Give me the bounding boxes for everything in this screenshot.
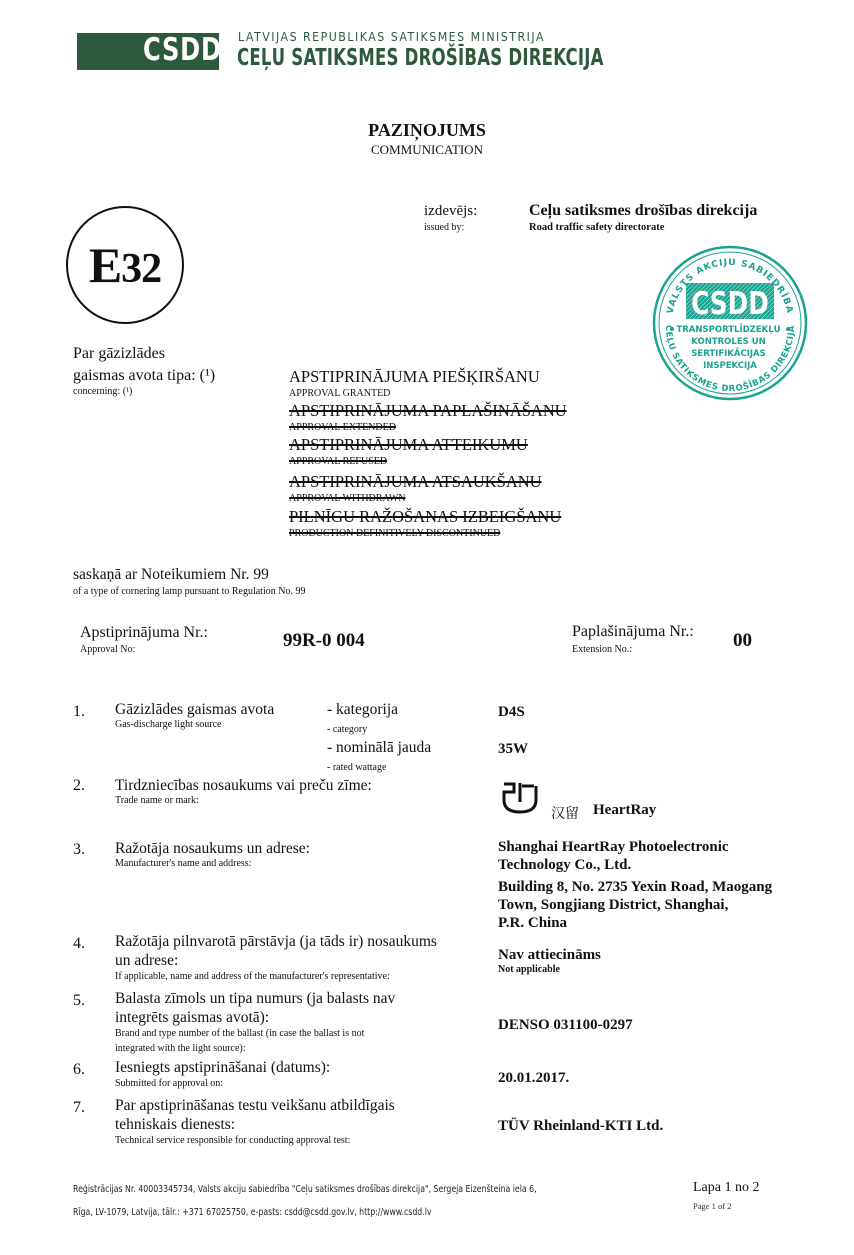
representative-value: Nav attiecināms: [498, 946, 601, 964]
item-6-number: 6.: [73, 1061, 85, 1079]
approval-number-label-en: Approval No:: [80, 644, 135, 655]
footer-contacts: Rīga, LV-1079, Latvija, tālr.: +371 6702…: [73, 1207, 431, 1218]
extension-number-label-en: Extension No.:: [572, 644, 632, 655]
ministry-name: LATVIJAS REPUBLIKAS SATIKSMES MINISTRIJA: [238, 30, 545, 44]
item-4-label-1: Ražotāja pilnvarotā pārstāvja (ja tāds i…: [115, 933, 437, 951]
option-approval-extended: APSTIPRINĀJUMA PAPLAŠINĀŠANU: [289, 401, 567, 421]
item-2-label-en: Trade name or mark:: [115, 795, 199, 806]
submission-date-value: 20.01.2017.: [498, 1069, 569, 1087]
heartray-logo-icon: [500, 780, 540, 816]
option-approval-granted-en: APPROVAL GRANTED: [289, 388, 390, 399]
item-4-label-en: If applicable, name and address of the m…: [115, 971, 390, 982]
option-production-discontinued-en: PRODUCTION DEFINITIVELY DISCONTINUED: [289, 528, 500, 539]
item-7-number: 7.: [73, 1099, 85, 1117]
extension-number-value: 00: [733, 630, 752, 652]
directorate-name: CEĻU SATIKSMES DROŠĪBAS DIREKCIJA: [237, 45, 604, 71]
manufacturer-line-4: Town, Songjiang District, Shanghai,: [498, 896, 728, 914]
item-4-label-2: un adrese:: [115, 952, 178, 970]
item-1-wattage-value: 35W: [498, 740, 528, 758]
technical-service-value: TÜV Rheinland-KTI Ltd.: [498, 1117, 663, 1135]
stamp-logo: CSDD: [691, 285, 769, 321]
item-7-label-2: tehniskais dienests:: [115, 1116, 235, 1134]
document-title: PAZIŅOJUMS: [0, 120, 854, 141]
option-production-discontinued: PILNĪGU RAŽOŠANAS IZBEIGŠANU: [289, 507, 561, 527]
option-approval-granted: APSTIPRINĀJUMA PIEŠĶIRŠANU: [289, 367, 540, 387]
trade-name-value: HeartRay: [593, 802, 656, 819]
item-3-label: Ražotāja nosaukums un adrese:: [115, 840, 310, 858]
option-approval-refused: APSTIPRINĀJUMA ATTEIKUMU: [289, 435, 528, 455]
issuer-value-en: Road traffic safety directorate: [529, 222, 664, 233]
issuer-value: Ceļu satiksmes drošības direkcija: [529, 202, 757, 220]
approval-number-value: 99R-0 004: [283, 630, 365, 652]
extension-number-label: Paplašinājuma Nr.:: [572, 623, 694, 641]
concerning-label-en: concerning: (¹): [73, 386, 132, 397]
stamp-line-1: TRANSPORTLĪDZEKĻU: [676, 324, 780, 335]
manufacturer-line-3: Building 8, No. 2735 Yexin Road, Maogang: [498, 878, 772, 896]
document-subtitle: COMMUNICATION: [0, 142, 854, 158]
official-stamp-icon: VALSTS AKCIJU SABIEDRĪBA CEĻU SATIKSMES …: [650, 243, 810, 403]
e-mark: E32: [66, 206, 184, 324]
option-approval-withdrawn-en: APPROVAL WITHDRAWN: [289, 493, 406, 504]
stamp-line-2: KONTROLES UN: [691, 337, 765, 347]
item-5-label-en-2: integrated with the light source):: [115, 1043, 246, 1054]
item-1-category-value: D4S: [498, 703, 525, 721]
item-1-sub-wattage-label-en: - rated wattage: [327, 762, 386, 773]
item-5-number: 5.: [73, 992, 85, 1010]
item-6-label: Iesniegts apstiprināšanai (datums):: [115, 1059, 330, 1077]
manufacturer-line-1: Shanghai HeartRay Photoelectronic: [498, 838, 729, 856]
item-4-number: 4.: [73, 935, 85, 953]
stamp-line-3: SERTIFIKĀCIJAS: [691, 348, 765, 359]
page-number-en: Page 1 of 2: [693, 1201, 731, 1211]
regulation-text-en: of a type of cornering lamp pursuant to …: [73, 586, 305, 597]
page-number: Lapa 1 no 2: [693, 1180, 759, 1196]
regulation-text: saskaņā ar Noteikumiem Nr. 99: [73, 566, 269, 584]
item-1-number: 1.: [73, 703, 85, 721]
item-5-label-2: integrēts gaismas avotā):: [115, 1009, 269, 1027]
concerning-label-2: gaismas avota tipa: (¹): [73, 367, 215, 385]
e-mark-letter: E: [89, 236, 121, 294]
item-2-number: 2.: [73, 777, 85, 795]
item-5-label-en-1: Brand and type number of the ballast (in…: [115, 1028, 364, 1039]
option-approval-extended-en: APPROVAL EXTENDED: [289, 422, 396, 433]
footer-registration: Reģistrācijas Nr. 40003345734, Valsts ak…: [73, 1184, 537, 1195]
item-1-sub-category-label: - kategorija: [327, 701, 398, 719]
stamp-line-4: INSPEKCIJA: [703, 361, 757, 371]
issuer-label: izdevējs:: [424, 203, 477, 220]
ballast-value: DENSO 031100-0297: [498, 1016, 633, 1034]
option-approval-withdrawn: APSTIPRINĀJUMA ATSAUKŠANU: [289, 472, 542, 492]
approval-number-label: Apstiprinājuma Nr.:: [80, 624, 208, 642]
item-7-label-en: Technical service responsible for conduc…: [115, 1135, 350, 1146]
option-approval-refused-en: APPROVAL REFUSED: [289, 456, 387, 467]
item-1-sub-wattage-label: - nominālā jauda: [327, 739, 431, 757]
item-5-label-1: Balasta zīmols un tipa numurs (ja balast…: [115, 990, 395, 1008]
item-3-number: 3.: [73, 841, 85, 859]
item-1-sub-category-label-en: - category: [327, 724, 367, 735]
e-mark-number: 32: [121, 245, 161, 293]
item-1-label: Gāzizlādes gaismas avota: [115, 701, 274, 719]
trade-name-chinese: 汉留: [551, 803, 579, 823]
issuer-label-en: issued by:: [424, 222, 464, 233]
item-3-label-en: Manufacturer's name and address:: [115, 858, 251, 869]
manufacturer-line-5: P.R. China: [498, 914, 567, 932]
csdd-logo: CSDD: [143, 30, 202, 70]
concerning-label-1: Par gāzizlādes: [73, 345, 165, 363]
item-2-label: Tirdzniecības nosaukums vai preču zīme:: [115, 777, 372, 795]
item-1-label-en: Gas-discharge light source: [115, 719, 221, 730]
item-7-label-1: Par apstiprināšanas testu veikšanu atbil…: [115, 1097, 395, 1115]
manufacturer-line-2: Technology Co., Ltd.: [498, 856, 631, 874]
item-6-label-en: Submitted for approval on:: [115, 1078, 223, 1089]
representative-value-en: Not applicable: [498, 964, 560, 975]
